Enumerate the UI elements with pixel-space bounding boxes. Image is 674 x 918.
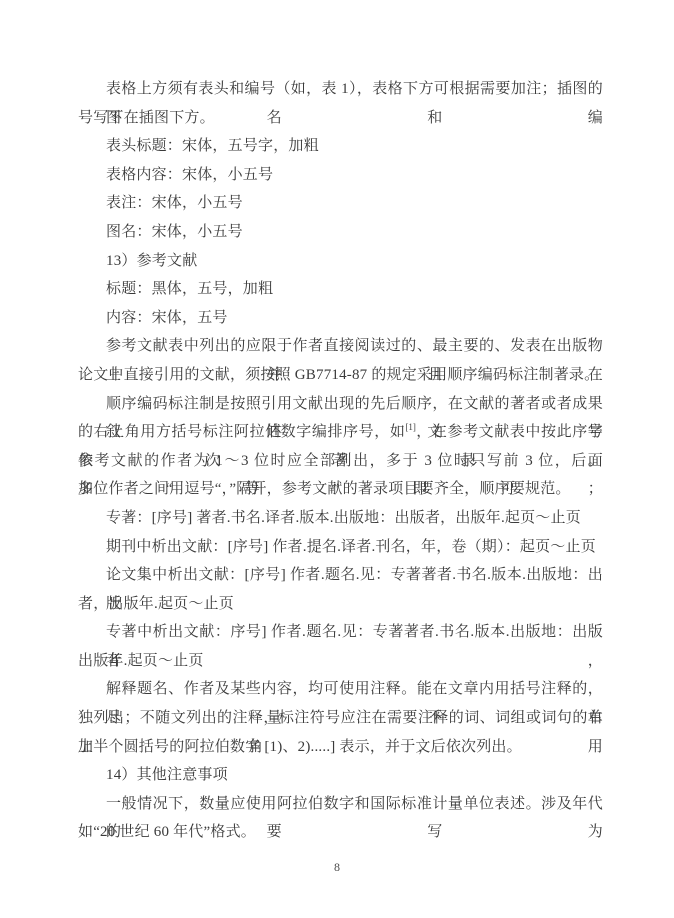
text-line: 参考文献的作者为 1～3 位时应全部列出，多于 3 位时只写前 3 位，后面加“… bbox=[78, 447, 603, 476]
text-line: 表格上方须有表头和编号（如，表 1），表格下方可根据需要加注；插图的图名和编 bbox=[78, 75, 603, 104]
text-segment: 14）其他注意事项 bbox=[106, 767, 228, 783]
text-segment: 13）参考文献 bbox=[106, 253, 197, 269]
text-line: 独列出；不随文列出的注释，标注符号应注在需要注释的词、词组或词句的右上角，用 bbox=[78, 704, 603, 733]
text-line: 顺序编码标注制是按照引用文献出现的先后顺序，在文献的著者或者成果叙述文字 bbox=[78, 390, 603, 419]
text-line: 一般情况下，数量应使用阿拉伯数字和国际标准计量单位表述。涉及年代的要写为 bbox=[78, 790, 603, 819]
text-line: 标题：黑体，五号，加粗 bbox=[78, 275, 603, 304]
text-segment: 标题：黑体，五号，加粗 bbox=[106, 281, 273, 297]
text-line: 14）其他注意事项 bbox=[78, 761, 603, 790]
text-segment: 出版年.起页～止页 bbox=[78, 653, 204, 669]
text-line: 内容：宋体，五号 bbox=[78, 304, 603, 333]
text-line: 表头标题：宋体，五号字，加粗 bbox=[78, 132, 603, 161]
text-segment: 者，出版年.起页～止页 bbox=[78, 596, 234, 612]
text-segment: 表格内容：宋体，小五号 bbox=[106, 167, 273, 183]
text-segment: 表注：宋体，小五号 bbox=[106, 195, 243, 211]
text-line: 13）参考文献 bbox=[78, 247, 603, 276]
document-page: 表格上方须有表头和编号（如，表 1），表格下方可根据需要加注；插图的图名和编号写… bbox=[0, 0, 674, 918]
text-segment: 图名：宋体，小五号 bbox=[106, 224, 243, 240]
text-line: 者，出版年.起页～止页 bbox=[78, 590, 603, 619]
text-segment: 专著：[序号] 著者.书名.译者.版本.出版地：出版者，出版年.起页～止页 bbox=[106, 510, 581, 526]
text-line: 论文中直接引用的文献，须按照 GB7714-87 的规定采用顺序编码标注制著录。 bbox=[78, 361, 603, 390]
text-line: 多位作者之间用逗号“，”隔开，参考文献的著录项目要齐全，顺序要规范。 bbox=[78, 475, 603, 504]
document-text: 表格上方须有表头和编号（如，表 1），表格下方可根据需要加注；插图的图名和编号写… bbox=[78, 75, 603, 847]
text-segment: 多位作者之间用逗号“，”隔开，参考文献的著录项目要齐全，顺序要规范。 bbox=[78, 481, 571, 497]
page-number: 8 bbox=[0, 860, 674, 875]
text-segment: 号写下在插图下方。 bbox=[78, 110, 215, 126]
text-line: 图名：宋体，小五号 bbox=[78, 218, 603, 247]
text-line: 参考文献表中列出的应限于作者直接阅读过的、最主要的、发表在出版物上并且在 bbox=[78, 332, 603, 361]
text-segment: 的右上角用方括号标注阿拉伯数字编排序号，如 bbox=[78, 424, 405, 440]
text-segment: 表头标题：宋体，五号字，加粗 bbox=[106, 138, 319, 154]
text-line: 表注：宋体，小五号 bbox=[78, 189, 603, 218]
text-segment: 内容：宋体，五号 bbox=[106, 310, 228, 326]
text-line: 专著中析出文献：序号] 作者.题名.见：专著著者.书名.版本.出版地：出版者， bbox=[78, 618, 603, 647]
text-line: 的右上角用方括号标注阿拉伯数字编排序号，如[1]，在参考文献表中按此序号依次著录… bbox=[78, 418, 603, 447]
text-line: 专著：[序号] 著者.书名.译者.版本.出版地：出版者，出版年.起页～止页 bbox=[78, 504, 603, 533]
text-segment: 加半个圆括号的阿拉伯数字 [1)、2).....] 表示，并于文后依次列出。 bbox=[78, 739, 522, 755]
superscript-citation-marker: [1] bbox=[405, 422, 416, 432]
text-line: 论文集中析出文献：[序号] 作者.题名.见：专著著者.书名.版本.出版地：出版 bbox=[78, 561, 603, 590]
text-segment: 如“20 世纪 60 年代”格式。 bbox=[78, 824, 256, 840]
text-line: 表格内容：宋体，小五号 bbox=[78, 161, 603, 190]
text-segment: 论文中直接引用的文献，须按照 GB7714-87 的规定采用顺序编码标注制著录。 bbox=[78, 367, 599, 383]
text-line: 解释题名、作者及某些内容，均可使用注释。能在文章内用括号注释的，尽量不单 bbox=[78, 675, 603, 704]
text-segment: 期刊中析出文献：[序号] 作者.提名.译者.刊名，年，卷（期）：起页～止页 bbox=[106, 539, 596, 555]
text-line: 期刊中析出文献：[序号] 作者.提名.译者.刊名，年，卷（期）：起页～止页 bbox=[78, 533, 603, 562]
